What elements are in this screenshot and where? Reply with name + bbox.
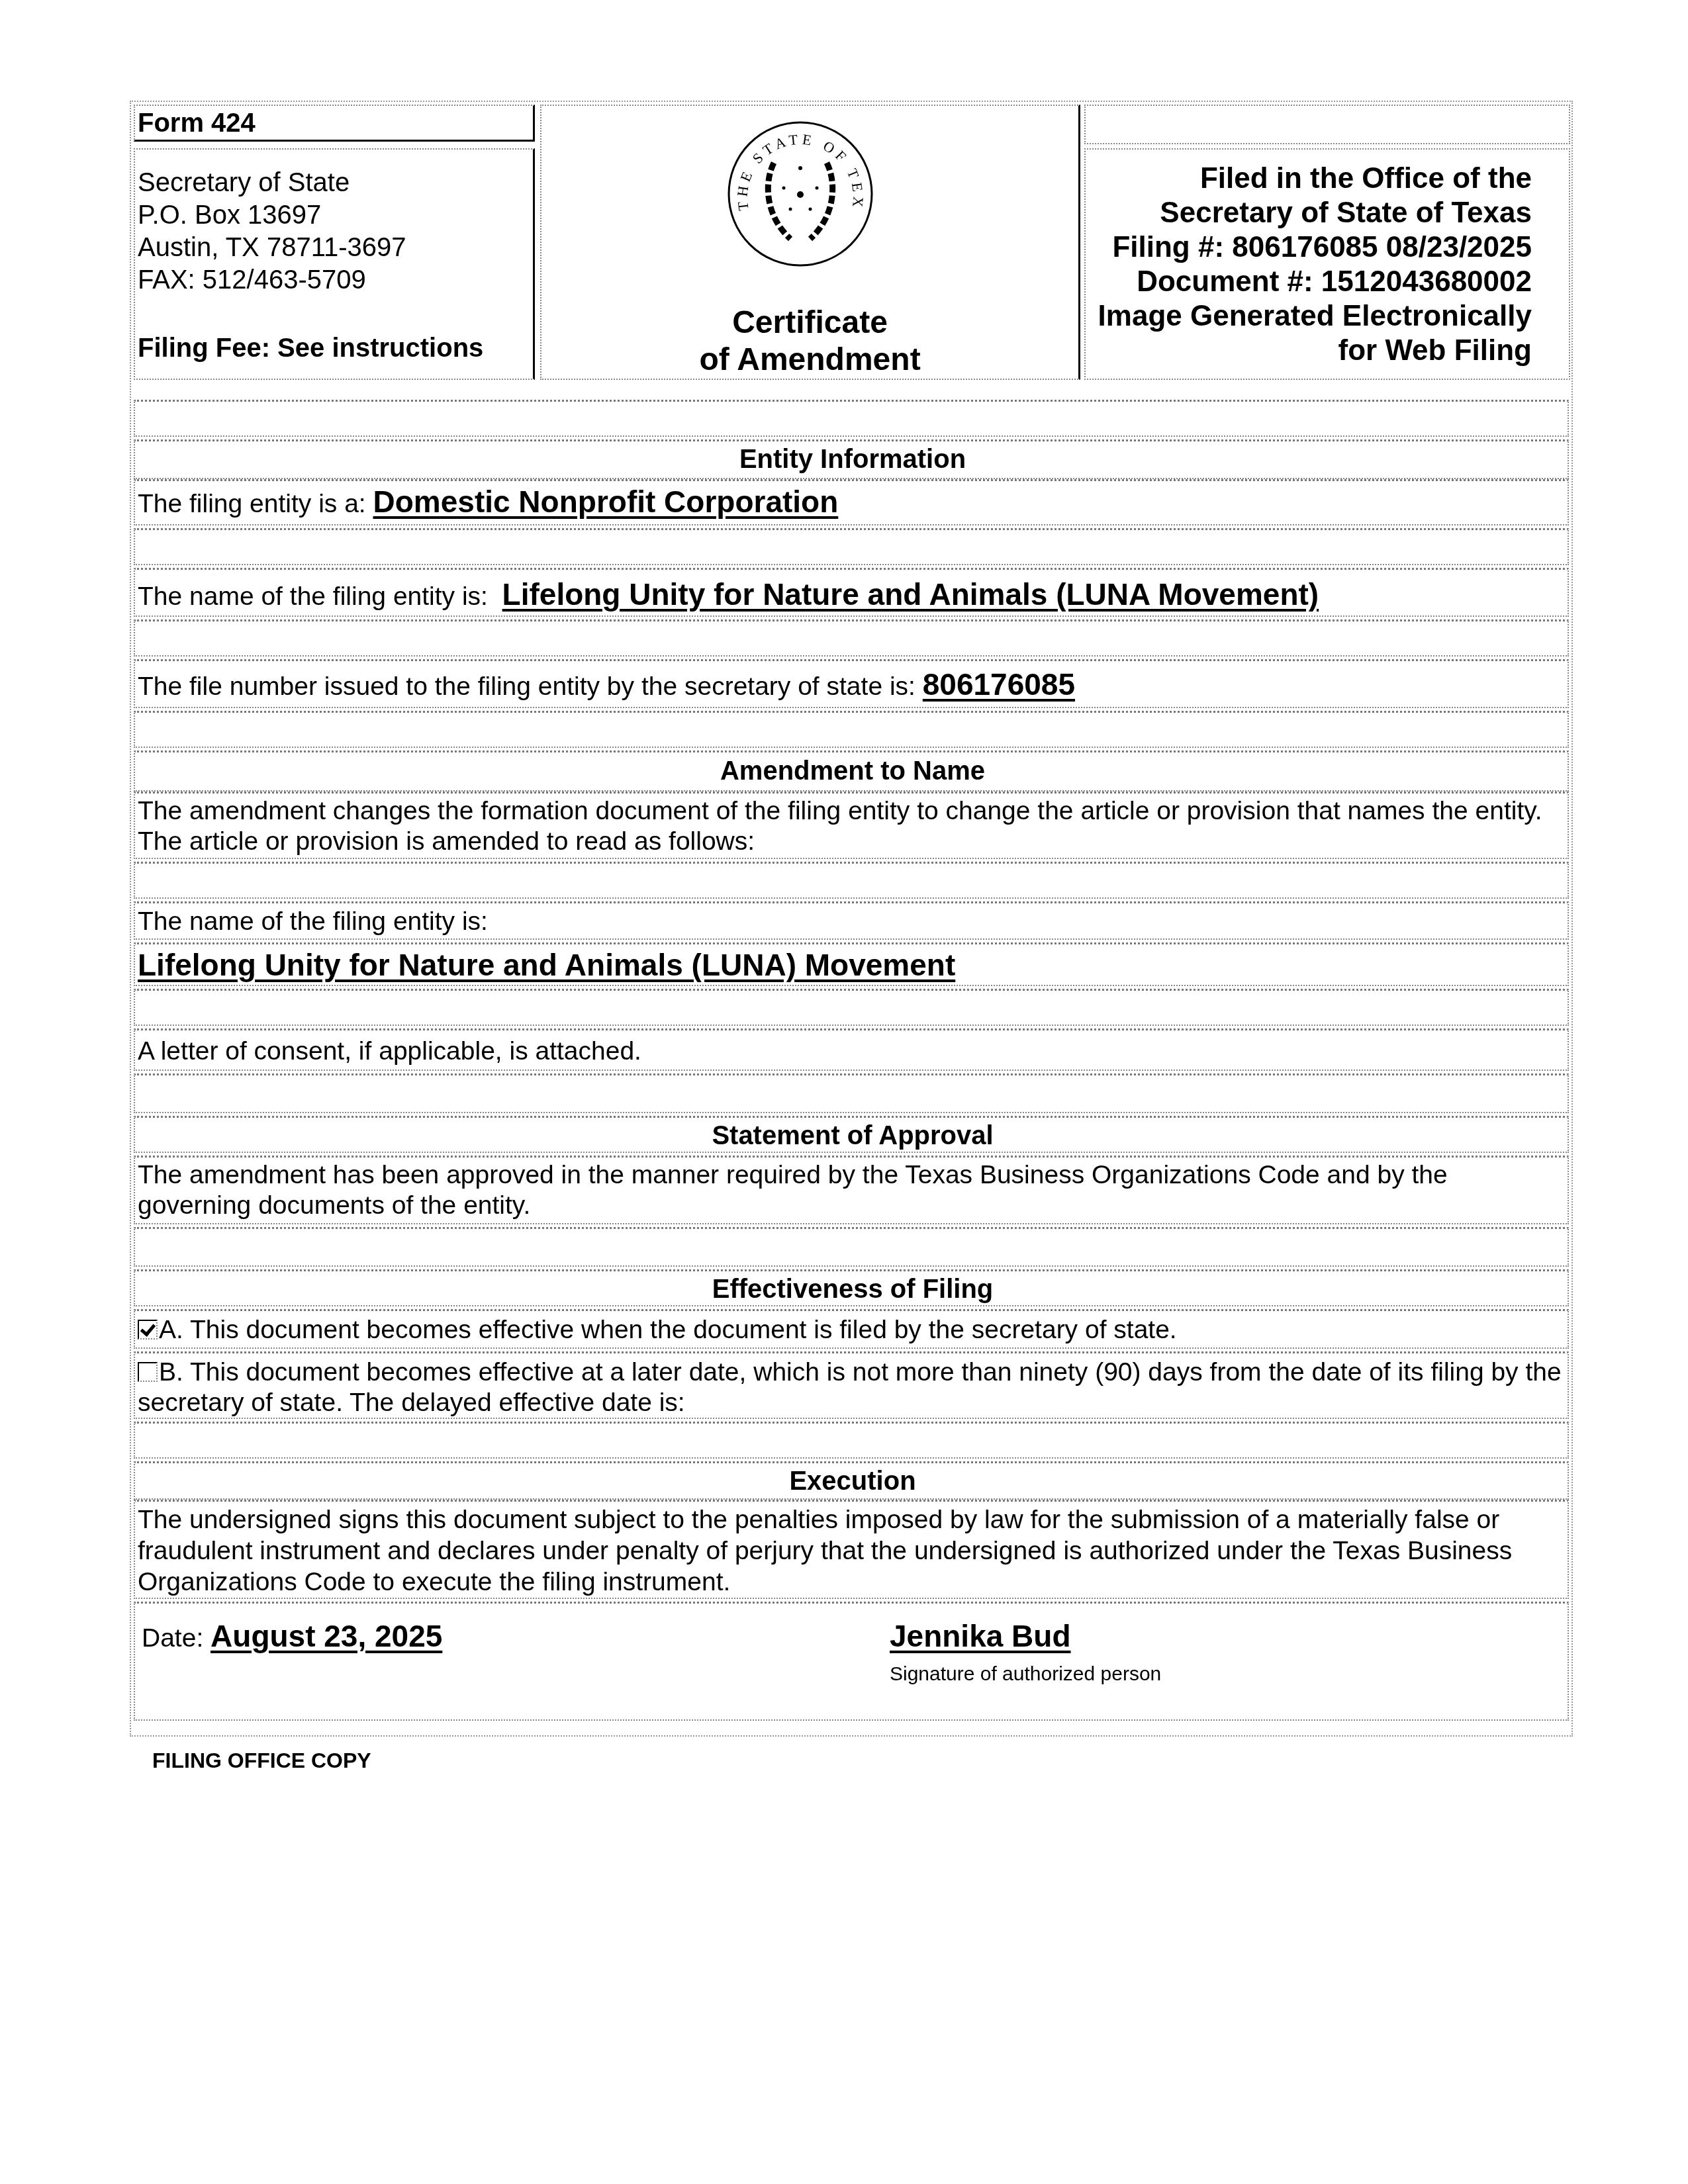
certificate-title-block: THE STATE OF TEXAS Certificate of Amendm…: [540, 105, 1080, 380]
new-name-value: Lifelong Unity for Nature and Animals (L…: [138, 948, 955, 982]
file-number-label: The file number issued to the filing ent…: [138, 672, 915, 701]
section-heading-amendment-to-name: Amendment to Name: [134, 751, 1569, 792]
address-line: Secretary of State: [138, 167, 533, 199]
entity-type-label: The filing entity is a:: [138, 490, 366, 518]
file-number-value: 806176085: [923, 667, 1075, 702]
address-line: Austin, TX 78711-3697: [138, 232, 533, 264]
form-number: Form 424: [134, 105, 535, 142]
effectiveness-option-b[interactable]: B. This document becomes effective at a …: [134, 1351, 1569, 1419]
blank-header-cell: [1084, 105, 1570, 144]
address-line: FAX: 512/463-5709: [138, 264, 533, 296]
entity-name-label: The name of the filing entity is:: [138, 582, 488, 611]
spacer-row: [134, 711, 1569, 748]
file-number-row: The file number issued to the filing ent…: [134, 659, 1569, 708]
filed-stamp-line: Filed in the Office of the: [1086, 161, 1532, 196]
filed-stamp-line: for Web Filing: [1086, 334, 1532, 368]
filed-stamp: Filed in the Office of the Secretary of …: [1084, 148, 1570, 380]
spacer-row: [134, 1227, 1569, 1267]
title-line: Certificate: [541, 304, 1078, 341]
entity-type-value: Domestic Nonprofit Corporation: [373, 484, 839, 519]
spacer-row: [134, 862, 1569, 899]
signature-block: Jennika Bud Signature of authorized pers…: [890, 1618, 1161, 1686]
signature-row: Date: August 23, 2025 Jennika Bud Signat…: [134, 1602, 1569, 1721]
section-heading-entity-information: Entity Information: [134, 439, 1569, 479]
document-number: Document #: 1512043680002: [1086, 265, 1532, 299]
section-heading-statement-of-approval: Statement of Approval: [134, 1116, 1569, 1153]
spacer-row: [134, 989, 1569, 1026]
delayed-effective-checkbox[interactable]: [138, 1362, 158, 1382]
texas-state-seal-icon: THE STATE OF TEXAS: [724, 116, 876, 269]
date-label: Date:: [142, 1624, 203, 1653]
signature-label: Signature of authorized person: [890, 1663, 1161, 1686]
effectiveness-option-a[interactable]: A. This document becomes effective when …: [134, 1309, 1569, 1349]
effective-on-filing-checkbox[interactable]: [138, 1320, 158, 1340]
new-name-label: The name of the filing entity is:: [134, 901, 1569, 940]
certificate-title: Certificate of Amendment: [541, 304, 1078, 379]
signer-name: Jennika Bud: [890, 1618, 1161, 1654]
entity-name-row: The name of the filing entity is: Lifelo…: [134, 568, 1569, 617]
svg-text:THE STATE OF TEXAS: THE STATE OF TEXAS: [724, 116, 867, 212]
consent-note: A letter of consent, if applicable, is a…: [134, 1028, 1569, 1071]
entity-type-row: The filing entity is a: Domestic Nonprof…: [134, 479, 1569, 525]
spacer-row: [134, 1073, 1569, 1113]
new-name-row: Lifelong Unity for Nature and Animals (L…: [134, 942, 1569, 986]
title-line: of Amendment: [541, 341, 1078, 379]
filing-number: Filing #: 806176085 08/23/2025: [1086, 230, 1532, 265]
amendment-description: The amendment changes the formation docu…: [134, 792, 1569, 859]
spacer-row: [134, 619, 1569, 657]
filing-fee: Filing Fee: See instructions: [138, 332, 533, 365]
execution-statement: The undersigned signs this document subj…: [134, 1500, 1569, 1599]
spacer-row: [134, 1422, 1569, 1459]
approval-statement: The amendment has been approved in the m…: [134, 1156, 1569, 1224]
option-b-text: B. This document becomes effective at a …: [138, 1358, 1562, 1417]
option-a-text: A. This document becomes effective when …: [159, 1316, 1177, 1344]
filing-office-copy-label: FILING OFFICE COPY: [152, 1749, 371, 1773]
filed-stamp-line: Image Generated Electronically: [1086, 299, 1532, 334]
filed-stamp-line: Secretary of State of Texas: [1086, 196, 1532, 230]
sos-address-block: Secretary of State P.O. Box 13697 Austin…: [134, 148, 535, 380]
address-line: P.O. Box 13697: [138, 199, 533, 232]
entity-name-value: Lifelong Unity for Nature and Animals (L…: [502, 577, 1319, 612]
section-heading-execution: Execution: [134, 1461, 1569, 1500]
date-value: August 23, 2025: [211, 1619, 442, 1653]
spacer-row: [134, 528, 1569, 565]
section-heading-effectiveness: Effectiveness of Filing: [134, 1269, 1569, 1306]
spacer-row: [134, 400, 1569, 437]
